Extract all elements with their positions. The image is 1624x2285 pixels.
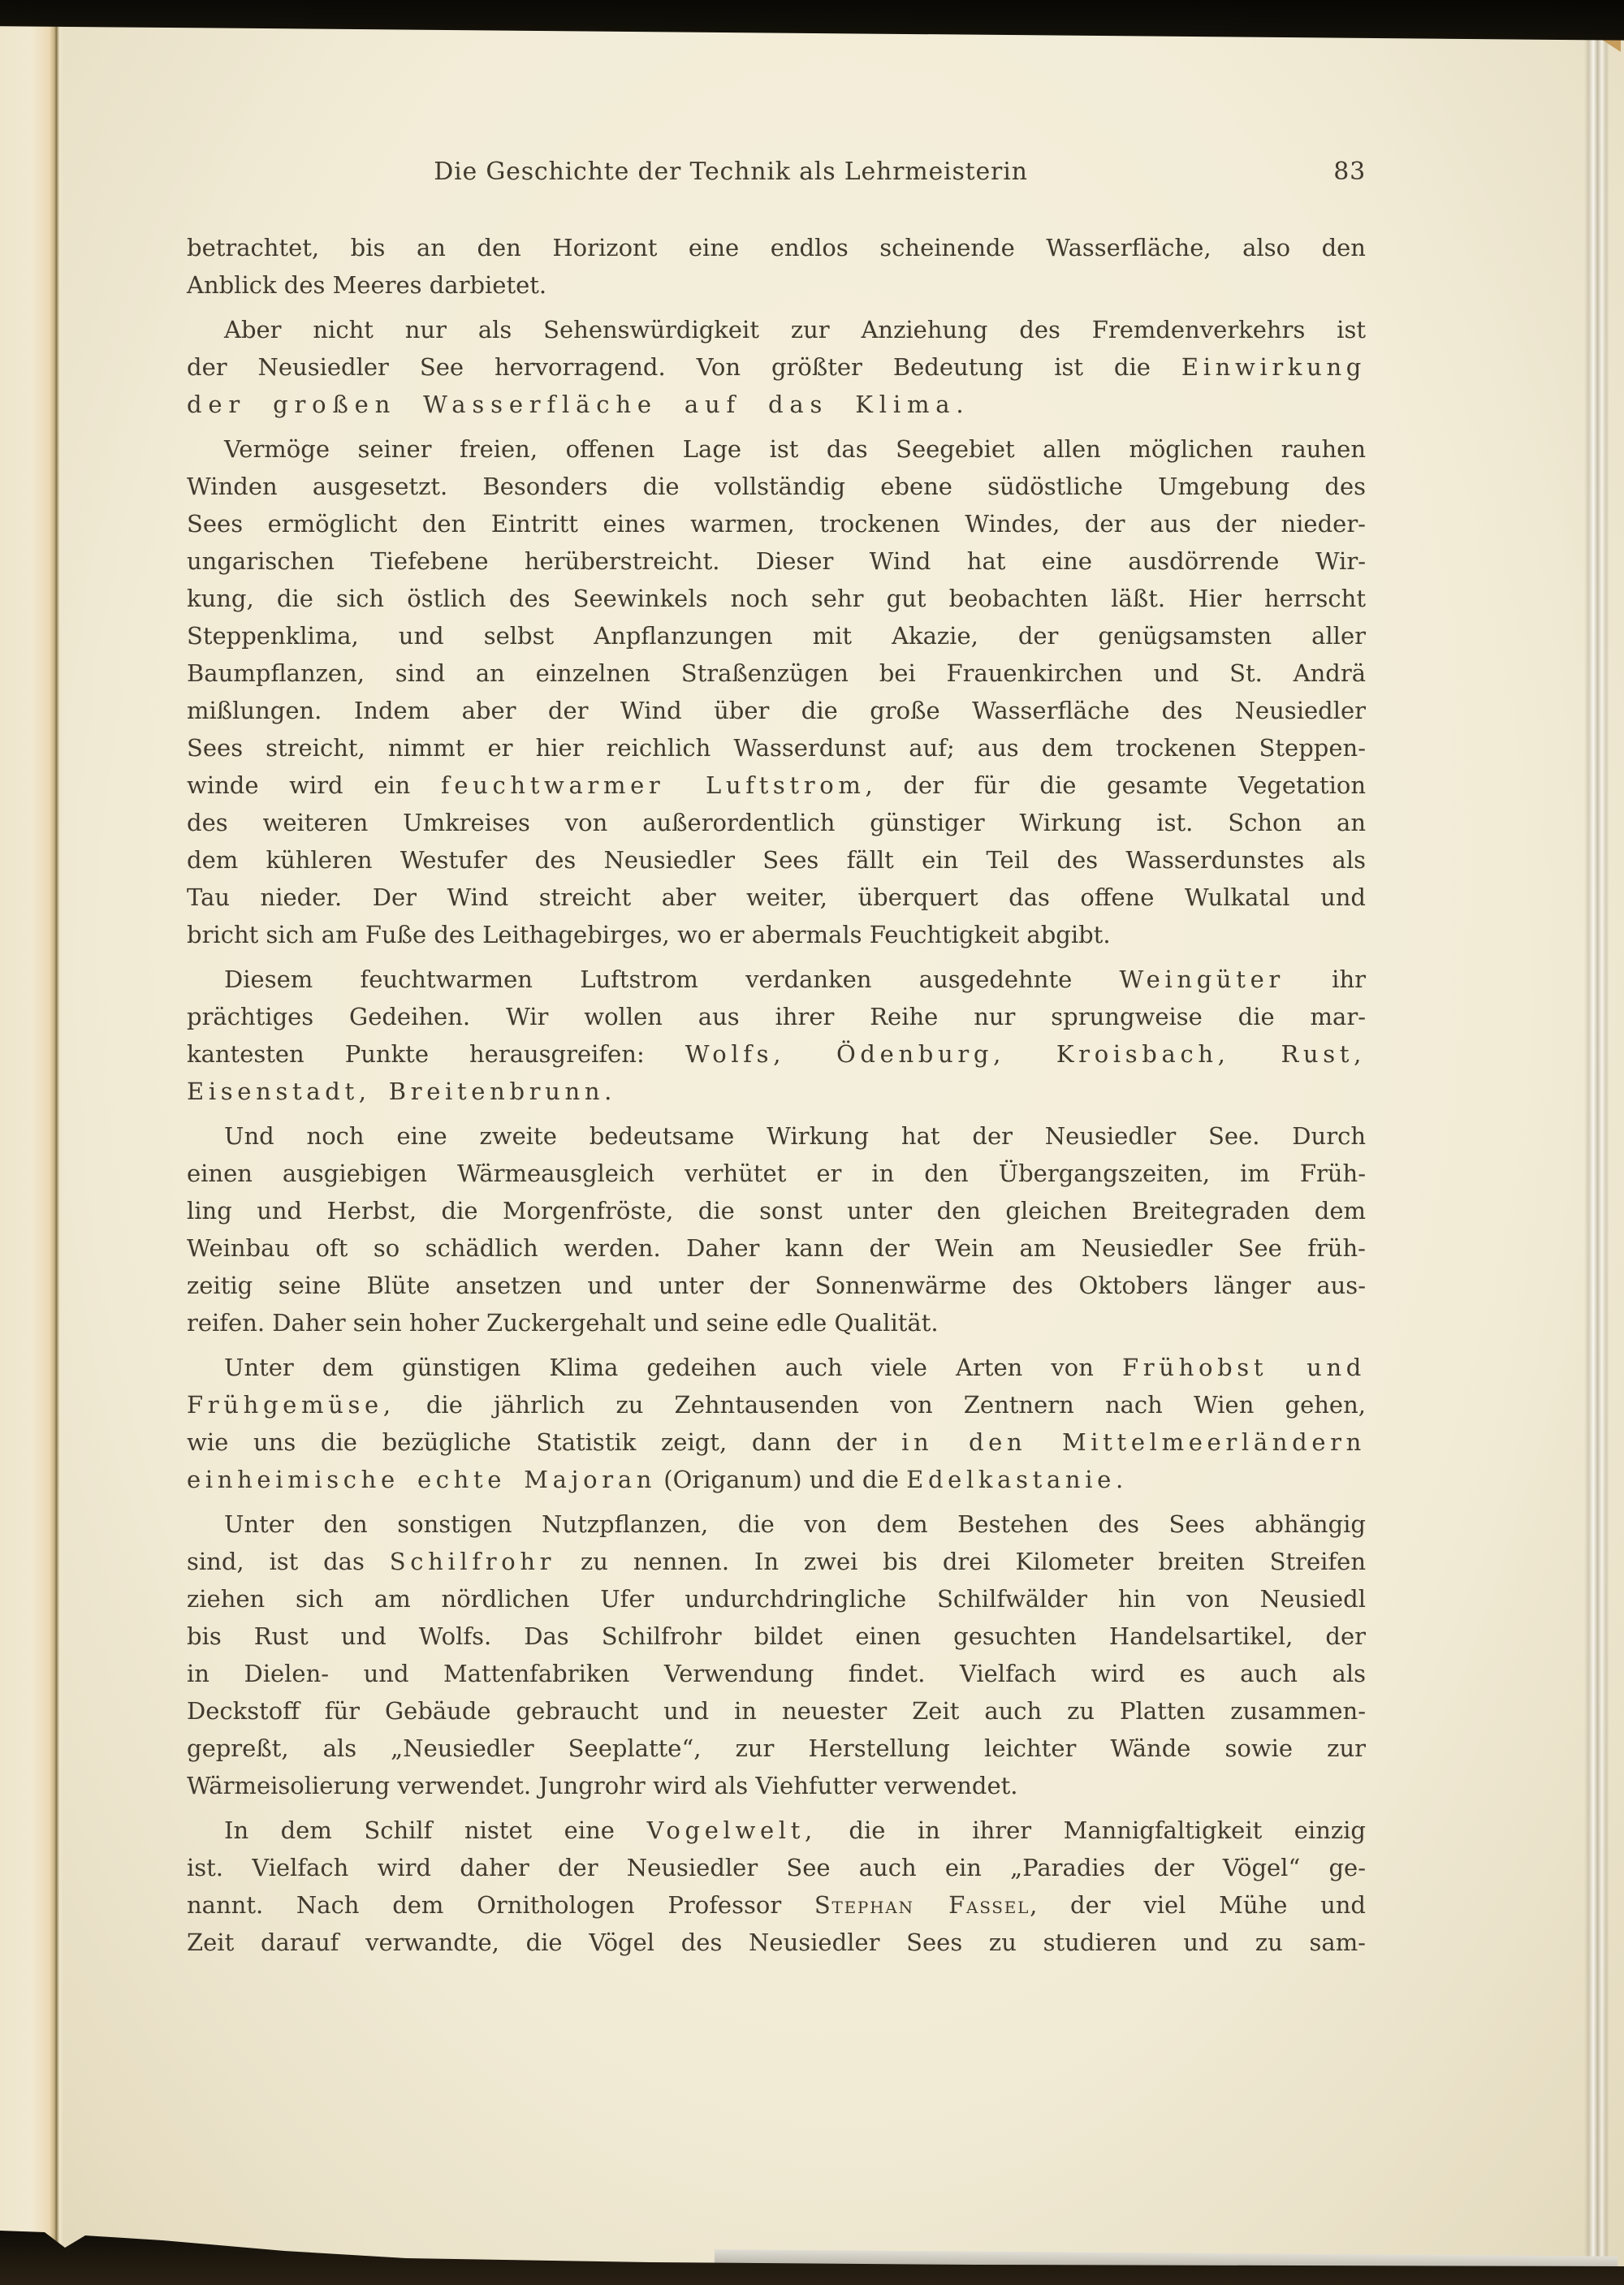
text-segment: Deckstoff für Gebäude gebraucht und in n…: [187, 1697, 1366, 1725]
text-segment: zu nennen. In zwei bis drei Kilometer br…: [555, 1548, 1366, 1575]
text-line: Winden ausgesetzt. Besonders die vollstä…: [187, 468, 1366, 505]
text-segment: die jährlich zu Zehntausenden von Zentne…: [395, 1391, 1366, 1419]
text-segment: Steppenklima, und selbst Anpflanzungen m…: [187, 622, 1366, 650]
emphasized-spaced-text: Edelkastanie: [906, 1466, 1116, 1493]
text-segment: Winden ausgesetzt. Besonders die vollstä…: [187, 473, 1366, 500]
text-segment: ling und Herbst, die Morgenfröste, die s…: [187, 1197, 1366, 1225]
text-segment: ihr: [1285, 965, 1366, 993]
text-segment: dem kühleren Westufer des Neusiedler See…: [187, 846, 1366, 874]
text-line: kung, die sich östlich des Seewinkels no…: [187, 580, 1366, 617]
text-segment: (Origanum) und die: [656, 1466, 906, 1493]
text-line: wie uns die bezügliche Statistik zeigt, …: [187, 1423, 1366, 1461]
text-line: kantesten Punkte herausgreifen: Wolfs, Ö…: [187, 1035, 1366, 1073]
text-segment: .: [956, 391, 963, 418]
text-line: Anblick des Meeres darbietet.: [187, 266, 1366, 304]
text-segment: winde wird ein: [187, 771, 441, 799]
text-line: zeitig seine Blüte ansetzen und unter de…: [187, 1267, 1366, 1304]
scanned-book-photo: Die Geschichte der Technik als Lehrmeist…: [0, 0, 1624, 2285]
text-segment: kung, die sich östlich des Seewinkels no…: [187, 585, 1366, 612]
text-line: Diesem feuchtwarmen Luftstrom verdanken …: [187, 961, 1366, 998]
paragraph: betrachtet, bis an den Horizont eine end…: [187, 229, 1366, 304]
emphasized-spaced-text: in den Mittelmeerländern: [901, 1428, 1366, 1456]
page-number: 83: [1333, 158, 1366, 186]
text-line: Frühgemüse, die jährlich zu Zehntausende…: [187, 1386, 1366, 1423]
text-segment: Unter dem günstigen Klima gedeihen auch …: [224, 1354, 1122, 1381]
text-segment: Und noch eine zweite bedeutsame Wirkung …: [224, 1122, 1366, 1150]
page-edge-seam: [1584, 36, 1609, 2257]
text-line: Und noch eine zweite bedeutsame Wirkung …: [187, 1117, 1366, 1155]
text-line: Wärmeisolierung verwendet. Jungrohr wird…: [187, 1767, 1366, 1804]
paragraph: In dem Schilf nistet eine Vogelwelt, die…: [187, 1812, 1366, 1961]
page-gutter-crease: [0, 0, 63, 2285]
text-segment: in Dielen- und Mattenfabriken Verwendung…: [187, 1660, 1366, 1687]
text-line: Eisenstadt, Breitenbrunn.: [187, 1073, 1366, 1110]
emphasized-spaced-text: Frühgemüse,: [187, 1391, 395, 1419]
text-segment: prächtiges Gedeihen. Wir wollen aus ihre…: [187, 1003, 1366, 1030]
text-line: gepreßt, als „Neusiedler Seeplatte“, zur…: [187, 1730, 1366, 1767]
text-segment: die in ihrer Mannigfaltigkeit einzig: [817, 1816, 1366, 1844]
text-segment: nannt. Nach dem Ornithologen Professor: [187, 1891, 814, 1919]
emphasized-spaced-text: feuchtwarmer Luftstrom: [441, 771, 866, 799]
text-line: prächtiges Gedeihen. Wir wollen aus ihre…: [187, 998, 1366, 1035]
text-line: ungarischen Tiefebene herüberstreicht. D…: [187, 542, 1366, 580]
text-segment: kantesten Punkte herausgreifen:: [187, 1040, 685, 1068]
text-line: mißlungen. Indem aber der Wind über die …: [187, 692, 1366, 729]
text-line: Aber nicht nur als Sehenswürdigkeit zur …: [187, 311, 1366, 348]
text-line: ling und Herbst, die Morgenfröste, die s…: [187, 1192, 1366, 1229]
text-segment: Wärmeisolierung verwendet. Jungrohr wird…: [187, 1772, 1018, 1799]
text-line: Deckstoff für Gebäude gebraucht und in n…: [187, 1692, 1366, 1730]
text-segment: Sees ermöglicht den Eintritt eines warme…: [187, 510, 1366, 538]
text-line: ziehen sich am nördlichen Ufer undurchdr…: [187, 1580, 1366, 1618]
text-line: bricht sich am Fuße des Leithagebirges, …: [187, 916, 1366, 953]
emphasized-spaced-text: Wolfs, Ödenburg, Kroisbach, Rust,: [685, 1040, 1366, 1068]
emphasized-spaced-text: Einwirkung: [1181, 353, 1366, 381]
emphasized-spaced-text: Vogelwelt,: [646, 1816, 816, 1844]
text-line: der großen Wasserfläche auf das Klima.: [187, 386, 1366, 423]
text-segment: bis Rust und Wolfs. Das Schilfrohr bilde…: [187, 1622, 1366, 1650]
paragraph: Unter den sonstigen Nutzpflanzen, die vo…: [187, 1505, 1366, 1804]
text-segment: bricht sich am Fuße des Leithagebirges, …: [187, 921, 1111, 948]
text-segment: , der für die gesamte Vegetation: [866, 771, 1366, 799]
text-segment: Anblick des Meeres darbietet.: [187, 271, 546, 299]
person-name-small-caps: Stephan Fassel: [814, 1891, 1030, 1919]
text-segment: ziehen sich am nördlichen Ufer undurchdr…: [187, 1585, 1366, 1613]
text-line: sind, ist das Schilfrohr zu nennen. In z…: [187, 1543, 1366, 1580]
text-line: Unter den sonstigen Nutzpflanzen, die vo…: [187, 1505, 1366, 1543]
emphasized-spaced-text: Eisenstadt, Breitenbrunn.: [187, 1078, 616, 1105]
text-line: Sees ermöglicht den Eintritt eines warme…: [187, 505, 1366, 542]
text-segment: des weiteren Umkreises von außerordentli…: [187, 809, 1366, 836]
text-segment: Unter den sonstigen Nutzpflanzen, die vo…: [224, 1510, 1366, 1538]
text-line: winde wird ein feuchtwarmer Luftstrom, d…: [187, 767, 1366, 804]
text-line: Tau nieder. Der Wind streicht aber weite…: [187, 879, 1366, 916]
text-segment: Aber nicht nur als Sehenswürdigkeit zur …: [224, 316, 1366, 343]
text-block: betrachtet, bis an den Horizont eine end…: [187, 229, 1366, 1961]
text-line: Baumpflanzen, sind an einzelnen Straßenz…: [187, 654, 1366, 692]
text-segment: Zeit darauf verwandte, die Vögel des Neu…: [187, 1929, 1366, 1956]
emphasized-spaced-text: Weingüter: [1120, 965, 1285, 993]
text-line: bis Rust und Wolfs. Das Schilfrohr bilde…: [187, 1618, 1366, 1655]
paragraph: Diesem feuchtwarmen Luftstrom verdanken …: [187, 961, 1366, 1110]
text-segment: .: [1116, 1466, 1123, 1493]
text-segment: gepreßt, als „Neusiedler Seeplatte“, zur…: [187, 1734, 1366, 1762]
text-line: einheimische echte Majoran (Origanum) un…: [187, 1461, 1366, 1498]
text-line: Weinbau oft so schädlich werden. Daher k…: [187, 1229, 1366, 1267]
text-line: In dem Schilf nistet eine Vogelwelt, die…: [187, 1812, 1366, 1849]
emphasized-spaced-text: Frühobst und: [1122, 1354, 1366, 1381]
text-line: Zeit darauf verwandte, die Vögel des Neu…: [187, 1924, 1366, 1961]
text-segment: Baumpflanzen, sind an einzelnen Straßenz…: [187, 659, 1366, 687]
text-line: des weiteren Umkreises von außerordentli…: [187, 804, 1366, 841]
text-segment: reifen. Daher sein hoher Zuckergehalt un…: [187, 1309, 939, 1337]
text-segment: der Neusiedler See hervorragend. Von grö…: [187, 353, 1181, 381]
running-header-title: Die Geschichte der Technik als Lehrmeist…: [187, 158, 1275, 186]
text-segment: sind, ist das: [187, 1548, 390, 1575]
emphasized-spaced-text: einheimische echte Majoran: [187, 1466, 656, 1493]
emphasized-spaced-text: Schilfrohr: [390, 1548, 555, 1575]
text-segment: Weinbau oft so schädlich werden. Daher k…: [187, 1234, 1366, 1262]
text-line: betrachtet, bis an den Horizont eine end…: [187, 229, 1366, 266]
text-segment: einen ausgiebigen Wärmeausgleich verhüte…: [187, 1160, 1366, 1187]
paragraph: Vermöge seiner freien, offenen Lage ist …: [187, 430, 1366, 953]
text-segment: zeitig seine Blüte ansetzen und unter de…: [187, 1272, 1366, 1299]
text-segment: ungarischen Tiefebene herüberstreicht. D…: [187, 547, 1366, 575]
paragraph: Und noch eine zweite bedeutsame Wirkung …: [187, 1117, 1366, 1341]
text-segment: ist. Vielfach wird daher der Neusiedler …: [187, 1854, 1366, 1881]
paragraph: Unter dem günstigen Klima gedeihen auch …: [187, 1349, 1366, 1498]
text-line: Unter dem günstigen Klima gedeihen auch …: [187, 1349, 1366, 1386]
text-line: dem kühleren Westufer des Neusiedler See…: [187, 841, 1366, 879]
text-segment: In dem Schilf nistet eine: [224, 1816, 646, 1844]
text-segment: Diesem feuchtwarmen Luftstrom verdanken …: [224, 965, 1120, 993]
text-segment: betrachtet, bis an den Horizont eine end…: [187, 234, 1366, 261]
text-line: reifen. Daher sein hoher Zuckergehalt un…: [187, 1304, 1366, 1341]
emphasized-spaced-text: der großen Wasserfläche auf das Klima: [187, 391, 956, 418]
text-segment: Sees streicht, nimmt er hier reichlich W…: [187, 734, 1366, 762]
paragraph: Aber nicht nur als Sehenswürdigkeit zur …: [187, 311, 1366, 423]
running-header: Die Geschichte der Technik als Lehrmeist…: [187, 158, 1366, 193]
text-line: nannt. Nach dem Ornithologen Professor S…: [187, 1886, 1366, 1924]
text-line: Steppenklima, und selbst Anpflanzungen m…: [187, 617, 1366, 654]
text-line: einen ausgiebigen Wärmeausgleich verhüte…: [187, 1155, 1366, 1192]
text-segment: Vermöge seiner freien, offenen Lage ist …: [224, 435, 1366, 463]
text-line: ist. Vielfach wird daher der Neusiedler …: [187, 1849, 1366, 1886]
text-line: der Neusiedler See hervorragend. Von grö…: [187, 348, 1366, 386]
text-line: Vermöge seiner freien, offenen Lage ist …: [187, 430, 1366, 468]
text-segment: mißlungen. Indem aber der Wind über die …: [187, 697, 1366, 724]
text-line: in Dielen- und Mattenfabriken Verwendung…: [187, 1655, 1366, 1692]
text-segment: wie uns die bezügliche Statistik zeigt, …: [187, 1428, 901, 1456]
text-segment: , der viel Mühe und: [1030, 1891, 1366, 1919]
text-segment: Tau nieder. Der Wind streicht aber weite…: [187, 883, 1366, 911]
text-line: Sees streicht, nimmt er hier reichlich W…: [187, 729, 1366, 767]
